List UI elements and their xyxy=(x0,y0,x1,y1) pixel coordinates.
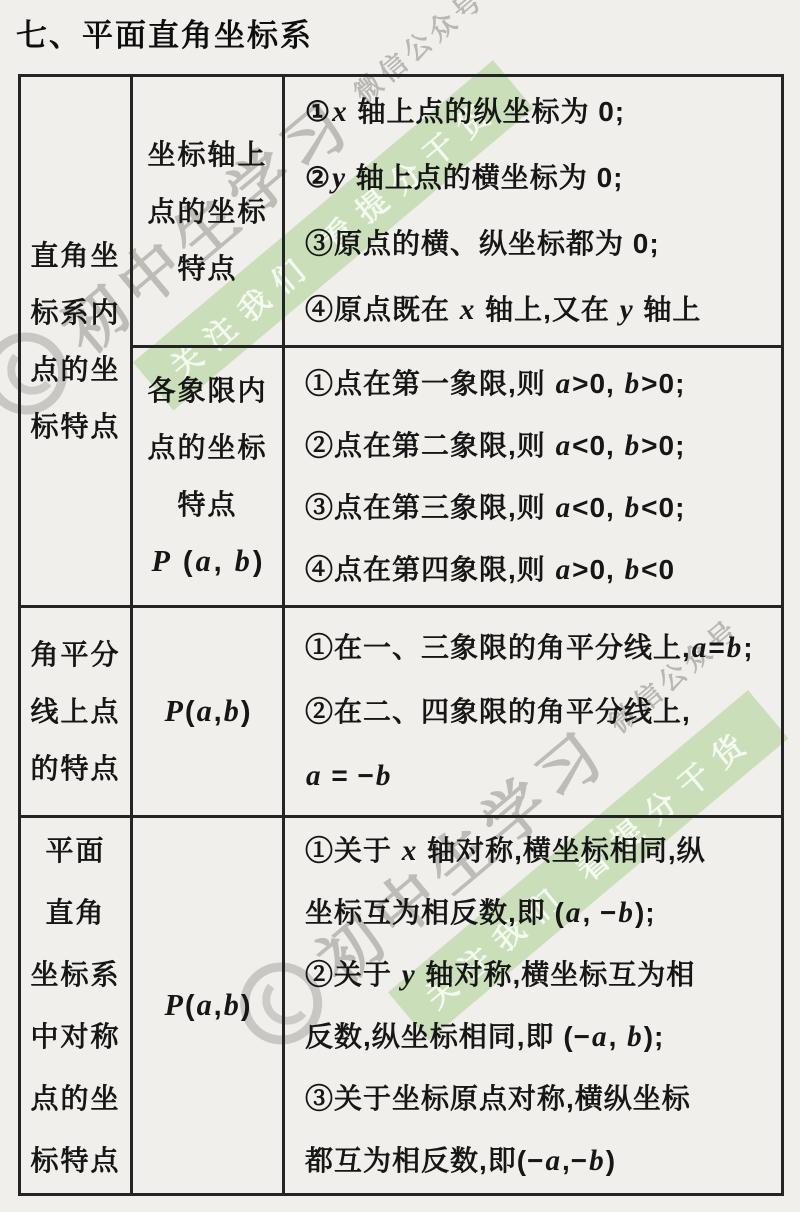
header-line: 标系内 xyxy=(30,284,120,341)
text-line: 坐标互为相反数,即 (a, −b); xyxy=(305,882,775,944)
header-line: 的特点 xyxy=(30,740,120,797)
row-header-coordinate-features: 直角坐 标系内 点的坐 标特点 xyxy=(21,77,133,605)
header-line: 特点 xyxy=(177,240,237,297)
row-header-symmetric-points: 平面 直角 坐标系 中对称 点的坐 标特点 xyxy=(21,818,133,1193)
header-line: 点的坐 xyxy=(30,1068,120,1130)
text-line: ②在二、四象限的角平分线上, xyxy=(305,680,775,744)
coordinate-system-table: 直角坐 标系内 点的坐 标特点 坐标轴上 点的坐标 特点 ①x 轴上点的纵坐标为… xyxy=(18,74,784,1196)
content-axis-points: ①x 轴上点的纵坐标为 0; ②y 轴上点的横坐标为 0; ③原点的横、纵坐标都… xyxy=(285,77,781,345)
sub-header-axis-points: 坐标轴上 点的坐标 特点 xyxy=(133,77,285,345)
section-coordinate-features: 直角坐 标系内 点的坐 标特点 坐标轴上 点的坐标 特点 ①x 轴上点的纵坐标为… xyxy=(21,77,781,605)
header-line: 点的坐 xyxy=(30,341,120,398)
text-line: ③原点的横、纵坐标都为 0; xyxy=(305,211,775,277)
text-line: ①x 轴上点的纵坐标为 0; xyxy=(305,79,775,145)
text-line: a = −b xyxy=(305,744,775,808)
content-quadrant-points: ①点在第一象限,则 a>0, b>0; ②点在第二象限,则 a<0, b>0; … xyxy=(285,348,781,605)
point-notation: P(a,b) xyxy=(164,985,252,1026)
text-line: ②点在第二象限,则 a<0, b>0; xyxy=(305,415,775,477)
text-line: ①在一、三象限的角平分线上,a=b; xyxy=(305,616,775,680)
point-notation-cell: P(a,b) xyxy=(133,818,285,1193)
header-line: 特点 xyxy=(177,476,237,533)
point-notation-cell: P(a,b) xyxy=(133,608,285,815)
header-line: 平面 xyxy=(45,820,105,882)
sub-header-quadrant-points: 各象限内 点的坐标 特点 P (a, b) xyxy=(133,348,285,605)
text-line: ②y 轴上点的横坐标为 0; xyxy=(305,145,775,211)
text-line: ③关于坐标原点对称,横纵坐标 xyxy=(305,1068,775,1130)
point-notation: P (a, b) xyxy=(150,533,264,591)
text-line: 反数,纵坐标相同,即 (−a, b); xyxy=(305,1006,775,1068)
section-symmetric-points: 平面 直角 坐标系 中对称 点的坐 标特点 P(a,b) ①关于 x 轴对称,横… xyxy=(21,815,781,1193)
header-line: 各象限内 xyxy=(147,362,267,419)
content-angle-bisector: ①在一、三象限的角平分线上,a=b; ②在二、四象限的角平分线上, a = −b xyxy=(285,608,781,815)
header-line: 坐标系 xyxy=(30,944,120,1006)
row-header-angle-bisector: 角平分 线上点 的特点 xyxy=(21,608,133,815)
section-angle-bisector: 角平分 线上点 的特点 P(a,b) ①在一、三象限的角平分线上,a=b; ②在… xyxy=(21,605,781,815)
content-symmetric-points: ①关于 x 轴对称,横坐标相同,纵 坐标互为相反数,即 (a, −b); ②关于… xyxy=(285,818,781,1193)
point-notation: P(a,b) xyxy=(164,691,252,732)
header-line: 点的坐标 xyxy=(147,419,267,476)
header-line: 直角 xyxy=(45,882,105,944)
text-line: ④原点既在 x 轴上,又在 y 轴上 xyxy=(305,277,775,343)
text-line: ①关于 x 轴对称,横坐标相同,纵 xyxy=(305,820,775,882)
page-title: 七、平面直角坐标系 xyxy=(16,10,313,55)
header-line: 点的坐标 xyxy=(147,183,267,240)
text-line: ②关于 y 轴对称,横坐标互为相 xyxy=(305,944,775,1006)
header-line: 角平分 xyxy=(30,626,120,683)
header-line: 标特点 xyxy=(30,1130,120,1192)
text-line: ③点在第三象限,则 a<0, b<0; xyxy=(305,477,775,539)
text-line: ④点在第四象限,则 a>0, b<0 xyxy=(305,539,775,601)
header-line: 坐标轴上 xyxy=(147,126,267,183)
text-line: 都互为相反数,即(−a,−b) xyxy=(305,1130,775,1192)
header-line: 线上点 xyxy=(30,683,120,740)
subrow-quadrant-points: 各象限内 点的坐标 特点 P (a, b) ①点在第一象限,则 a>0, b>0… xyxy=(133,345,781,605)
text-line: ①点在第一象限,则 a>0, b>0; xyxy=(305,353,775,415)
subrow-axis-points: 坐标轴上 点的坐标 特点 ①x 轴上点的纵坐标为 0; ②y 轴上点的横坐标为 … xyxy=(133,77,781,345)
header-line: 标特点 xyxy=(30,398,120,455)
header-line: 中对称 xyxy=(30,1006,120,1068)
header-line: 直角坐 xyxy=(30,227,120,284)
